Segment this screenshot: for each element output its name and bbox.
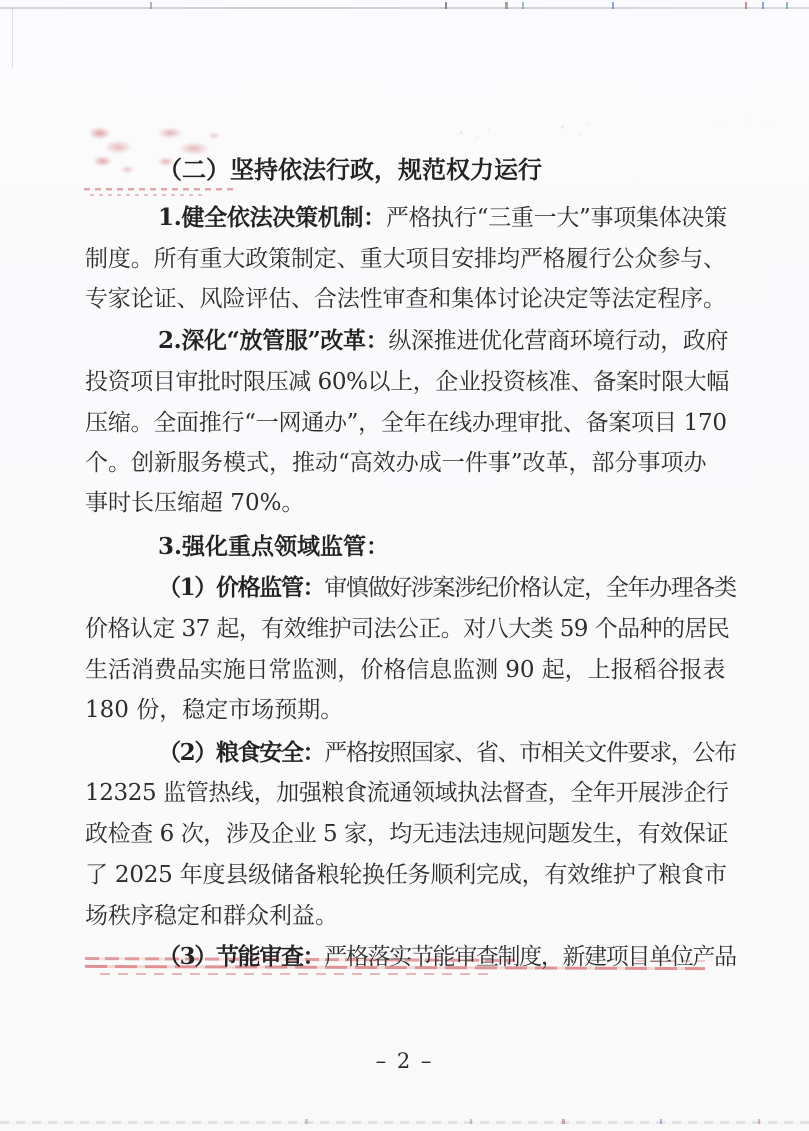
section-heading-text: （二）坚持依法行政，规范权力运行 [158, 156, 542, 184]
paragraph-text: 审慎做好涉案涉纪价格认定，全年办理各类 [324, 575, 736, 601]
body-line: 3.强化重点领域监管： [158, 533, 389, 561]
paragraph-text: 纵深推进优化营商环境行动，政府 [388, 328, 728, 354]
paragraph-text: 严格执行“三重一大”事项集体决策 [386, 205, 727, 231]
body-line: 事时长压缩超 70%。 [85, 489, 304, 517]
section-heading: （二）坚持依法行政，规范权力运行 [158, 156, 542, 184]
scan-noise-top-ticks [0, 2, 809, 10]
body-line: （3）节能审查：严格落实节能审查制度，新建项目单位产品 [158, 943, 725, 971]
scan-edge-left-line [12, 8, 13, 68]
scan-noise-bottom-ticks [0, 1119, 809, 1125]
body-line: 生活消费品实施日常监测，价格信息监测 90 起，上报稻谷报表 [85, 656, 725, 684]
body-line: 压缩。全面推行“一网通办”，全年在线办理审批、备案项目 170 [85, 409, 725, 437]
body-line: 专家论证、风险评估、合法性审查和集体讨论决定等法定程序。 [85, 285, 725, 313]
paragraph-text: 制度。所有重大政策制定、重大项目安排均严格履行公众参与、 [85, 246, 726, 272]
red-speckle-artifact [700, 112, 780, 134]
body-line: 投资项目审批时限压减 60%以上，企业投资核准、备案时限大幅 [85, 368, 725, 396]
body-line: 1.健全依法决策机制：严格执行“三重一大”事项集体决策 [158, 204, 725, 232]
red-stamp-artifact [84, 122, 146, 178]
paragraph-text: 价格认定 37 起，有效维护司法公正。对八大类 59 个品种的居民 [85, 616, 729, 642]
paragraph-text: 事时长压缩超 70%。 [85, 490, 304, 516]
body-line: 场秩序稳定和群众利益。 [85, 902, 338, 930]
paragraph-text: 政检查 6 次，涉及企业 5 家，均无违法违规问题发生，有效保证 [85, 821, 728, 847]
paragraph-lead: （2）粮食安全： [158, 739, 324, 766]
paragraph-text: 场秩序稳定和群众利益。 [85, 903, 338, 929]
body-line: 180 份，稳定市场预期。 [85, 696, 343, 724]
paragraph-text: 了 2025 年度县级储备粮轮换任务顺利完成，有效维护了粮食市 [85, 862, 727, 888]
scanned-document-page: （二）坚持依法行政，规范权力运行 1.健全依法决策机制：严格执行“三重一大”事项… [0, 0, 809, 1131]
paragraph-lead: 3.强化重点领域监管： [158, 533, 389, 560]
page-number: – 2 – [0, 1049, 809, 1073]
paragraph-text: 个。创新服务模式，推动“高效办成一件事”改革，部分事项办 [85, 450, 707, 476]
body-line: 2.深化“放管服”改革：纵深推进优化营商环境行动，政府 [158, 327, 725, 355]
red-scribble-underline-artifact [100, 973, 490, 975]
body-line: 个。创新服务模式，推动“高效办成一件事”改革，部分事项办 [85, 449, 725, 477]
paragraph-text: 12325 监管热线，加强粮食流通领域执法督查，全年开展涉企行 [85, 780, 729, 806]
paragraph-text: 生活消费品实施日常监测，价格信息监测 90 起，上报稻谷报表 [85, 657, 725, 683]
paragraph-text: 严格落实节能审查制度，新建项目单位产品 [324, 944, 736, 970]
paragraph-text: 专家论证、风险评估、合法性审查和集体讨论决定等法定程序。 [85, 286, 726, 312]
red-dashed-underline-artifact [84, 188, 236, 197]
body-line: （2）粮食安全：严格按照国家、省、市相关文件要求，公布 [158, 739, 725, 767]
red-speckle-artifact [452, 124, 498, 146]
paragraph-lead: （3）节能审查： [158, 943, 324, 970]
paragraph-lead: 1.健全依法决策机制： [158, 204, 386, 231]
body-line: 制度。所有重大政策制定、重大项目安排均严格履行公众参与、 [85, 245, 725, 273]
paragraph-lead: （1）价格监管： [158, 574, 324, 601]
paragraph-text: 投资项目审批时限压减 60%以上，企业投资核准、备案时限大幅 [85, 369, 729, 395]
body-line: 了 2025 年度县级储备粮轮换任务顺利完成，有效维护了粮食市 [85, 861, 725, 889]
body-line: （1）价格监管：审慎做好涉案涉纪价格认定，全年办理各类 [158, 574, 725, 602]
body-line: 政检查 6 次，涉及企业 5 家，均无违法违规问题发生，有效保证 [85, 820, 725, 848]
paragraph-text: 严格按照国家、省、市相关文件要求，公布 [324, 740, 736, 766]
body-line: 12325 监管热线，加强粮食流通领域执法督查，全年开展涉企行 [85, 779, 725, 807]
red-speckle-artifact [548, 118, 596, 144]
paragraph-text: 180 份，稳定市场预期。 [85, 697, 343, 723]
body-line: 价格认定 37 起，有效维护司法公正。对八大类 59 个品种的居民 [85, 615, 725, 643]
paragraph-text: 压缩。全面推行“一网通办”，全年在线办理审批、备案项目 170 [85, 410, 727, 436]
paragraph-lead: 2.深化“放管服”改革： [158, 327, 388, 354]
